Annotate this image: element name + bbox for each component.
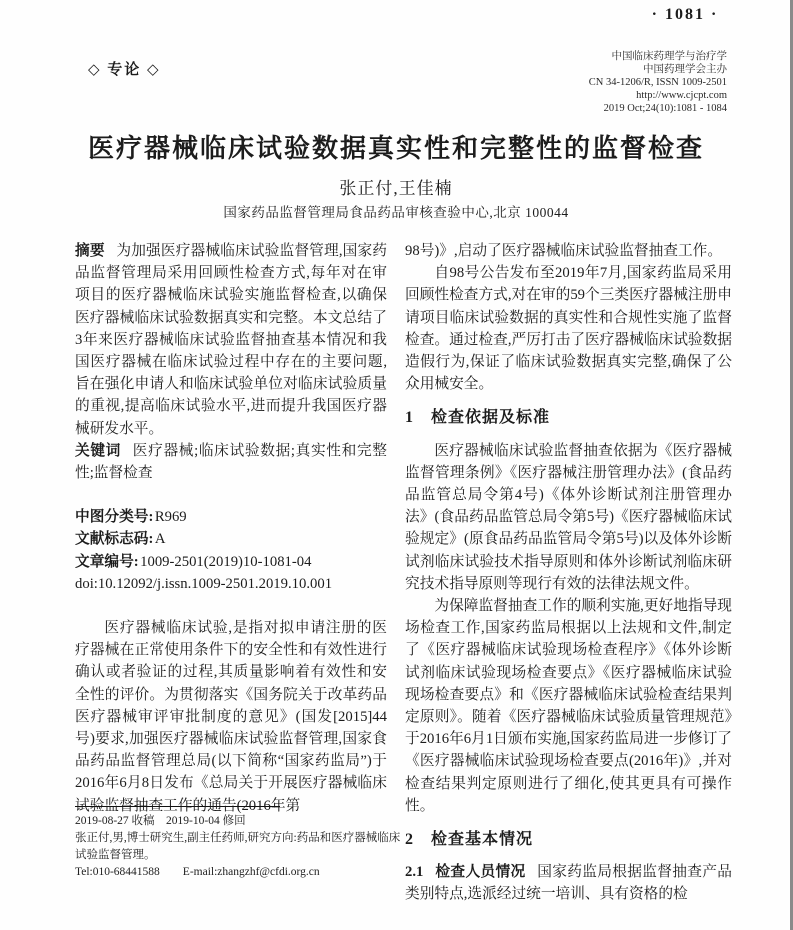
article-affiliation: 国家药品监督管理局食品药品审核查验中心,北京 100044	[60, 201, 732, 221]
abstract-label: 摘要	[75, 243, 105, 259]
article-authors: 张正付,王佳楠	[60, 174, 732, 199]
section-mark: ◇ 专论 ◇	[88, 58, 161, 79]
clc-label: 中图分类号:	[75, 509, 153, 525]
abstract-paragraph: 摘要为加强医疗器械临床试验监督管理,国家药品监督管理局采用回顾性检查方式,每年对…	[75, 240, 387, 440]
article-no-label: 文章编号:	[75, 554, 139, 570]
doc-code-value: A	[155, 531, 166, 547]
doc-code-line: 文献标志码:A	[75, 528, 387, 550]
section-2-heading: 2 检查基本情况	[405, 829, 732, 851]
article-title: 医疗器械临床试验数据真实性和完整性的监督检查	[60, 128, 732, 165]
clc-value: R969	[155, 509, 187, 525]
section-1-paragraph-1: 医疗器械临床试验监督抽查依据为《医疗器械监督管理条例》《医疗器械注册管理办法》(…	[405, 440, 732, 595]
section-1-heading: 1 检查依据及标准	[405, 407, 732, 429]
journal-page-scan: · 1081 · ◇ 专论 ◇ 中国临床药理学与治疗学 中国药理学会主办 CN …	[0, 0, 793, 930]
article-no-value: 1009-2501(2019)10-1081-04	[140, 554, 311, 570]
keywords-paragraph: 关键词医疗器械;临床试验数据;真实性和完整性;监督检查	[75, 440, 387, 484]
page-number: · 1081 ·	[630, 6, 740, 24]
section-1-paragraph-2: 为保障监督抽查工作的顺利实施,更好地指导现场检查工作,国家药监局根据以上法规和文…	[405, 595, 732, 817]
clc-line: 中图分类号:R969	[75, 506, 387, 528]
section-2-1-number: 2.1	[405, 864, 423, 880]
continuation-paragraph: 98号)》,启动了医疗器械临床试验监督抽查工作。	[405, 240, 732, 262]
footnote-block: 2019-08-27 收稿 2019-10-04 修回 张正付,男,博士研究生,…	[75, 806, 405, 881]
keywords-text: 医疗器械;临床试验数据;真实性和完整性;监督检查	[75, 443, 387, 481]
contact-line: Tel:010-68441588 E-mail:zhangzhf@cfdi.or…	[75, 864, 405, 881]
intro-paragraph: 医疗器械临床试验,是指对拟申请注册的医疗器械在正常使用条件下的安全性和有效性进行…	[75, 617, 387, 817]
left-column: 摘要为加强医疗器械临床试验监督管理,国家药品监督管理局采用回顾性检查方式,每年对…	[75, 240, 387, 817]
journal-name: 中国临床药理学与治疗学	[447, 50, 727, 63]
right-column: 98号)》,启动了医疗器械临床试验监督抽查工作。 自98号公告发布至2019年7…	[405, 240, 732, 906]
journal-citation: 2019 Oct;24(10):1081 - 1084	[447, 102, 727, 115]
overview-paragraph: 自98号公告发布至2019年7月,国家药监局采用回顾性检查方式,对在审的59个三…	[405, 262, 732, 395]
journal-issn: CN 34-1206/R, ISSN 1009-2501	[447, 76, 727, 89]
doc-code-label: 文献标志码:	[75, 531, 153, 547]
section-2-1-paragraph: 2.1检查人员情况国家药监局根据监督抽查产品类别特点,选派经过统一培训、具有资格…	[405, 861, 732, 905]
article-no-line: 文章编号:1009-2501(2019)10-1081-04	[75, 551, 387, 573]
footnote-rule	[75, 806, 280, 807]
author-bio: 张正付,男,博士研究生,副主任药师,研究方向:药品和医疗器械临床试验监督管理。	[75, 830, 405, 864]
abstract-text: 为加强医疗器械临床试验监督管理,国家药品监督管理局采用回顾性检查方式,每年对在审…	[75, 243, 387, 437]
keywords-label: 关键词	[75, 443, 121, 459]
section-2-1-title: 检查人员情况	[435, 864, 525, 880]
meta-block: 中图分类号:R969 文献标志码:A 文章编号:1009-2501(2019)1…	[75, 506, 387, 595]
received-revised-dates: 2019-08-27 收稿 2019-10-04 修回	[75, 813, 405, 830]
journal-masthead: 中国临床药理学与治疗学 中国药理学会主办 CN 34-1206/R, ISSN …	[447, 50, 727, 115]
doi-line: doi:10.12092/j.issn.1009-2501.2019.10.00…	[75, 573, 387, 595]
journal-url: http://www.cjcpt.com	[447, 89, 727, 102]
journal-sponsor: 中国药理学会主办	[447, 63, 727, 76]
